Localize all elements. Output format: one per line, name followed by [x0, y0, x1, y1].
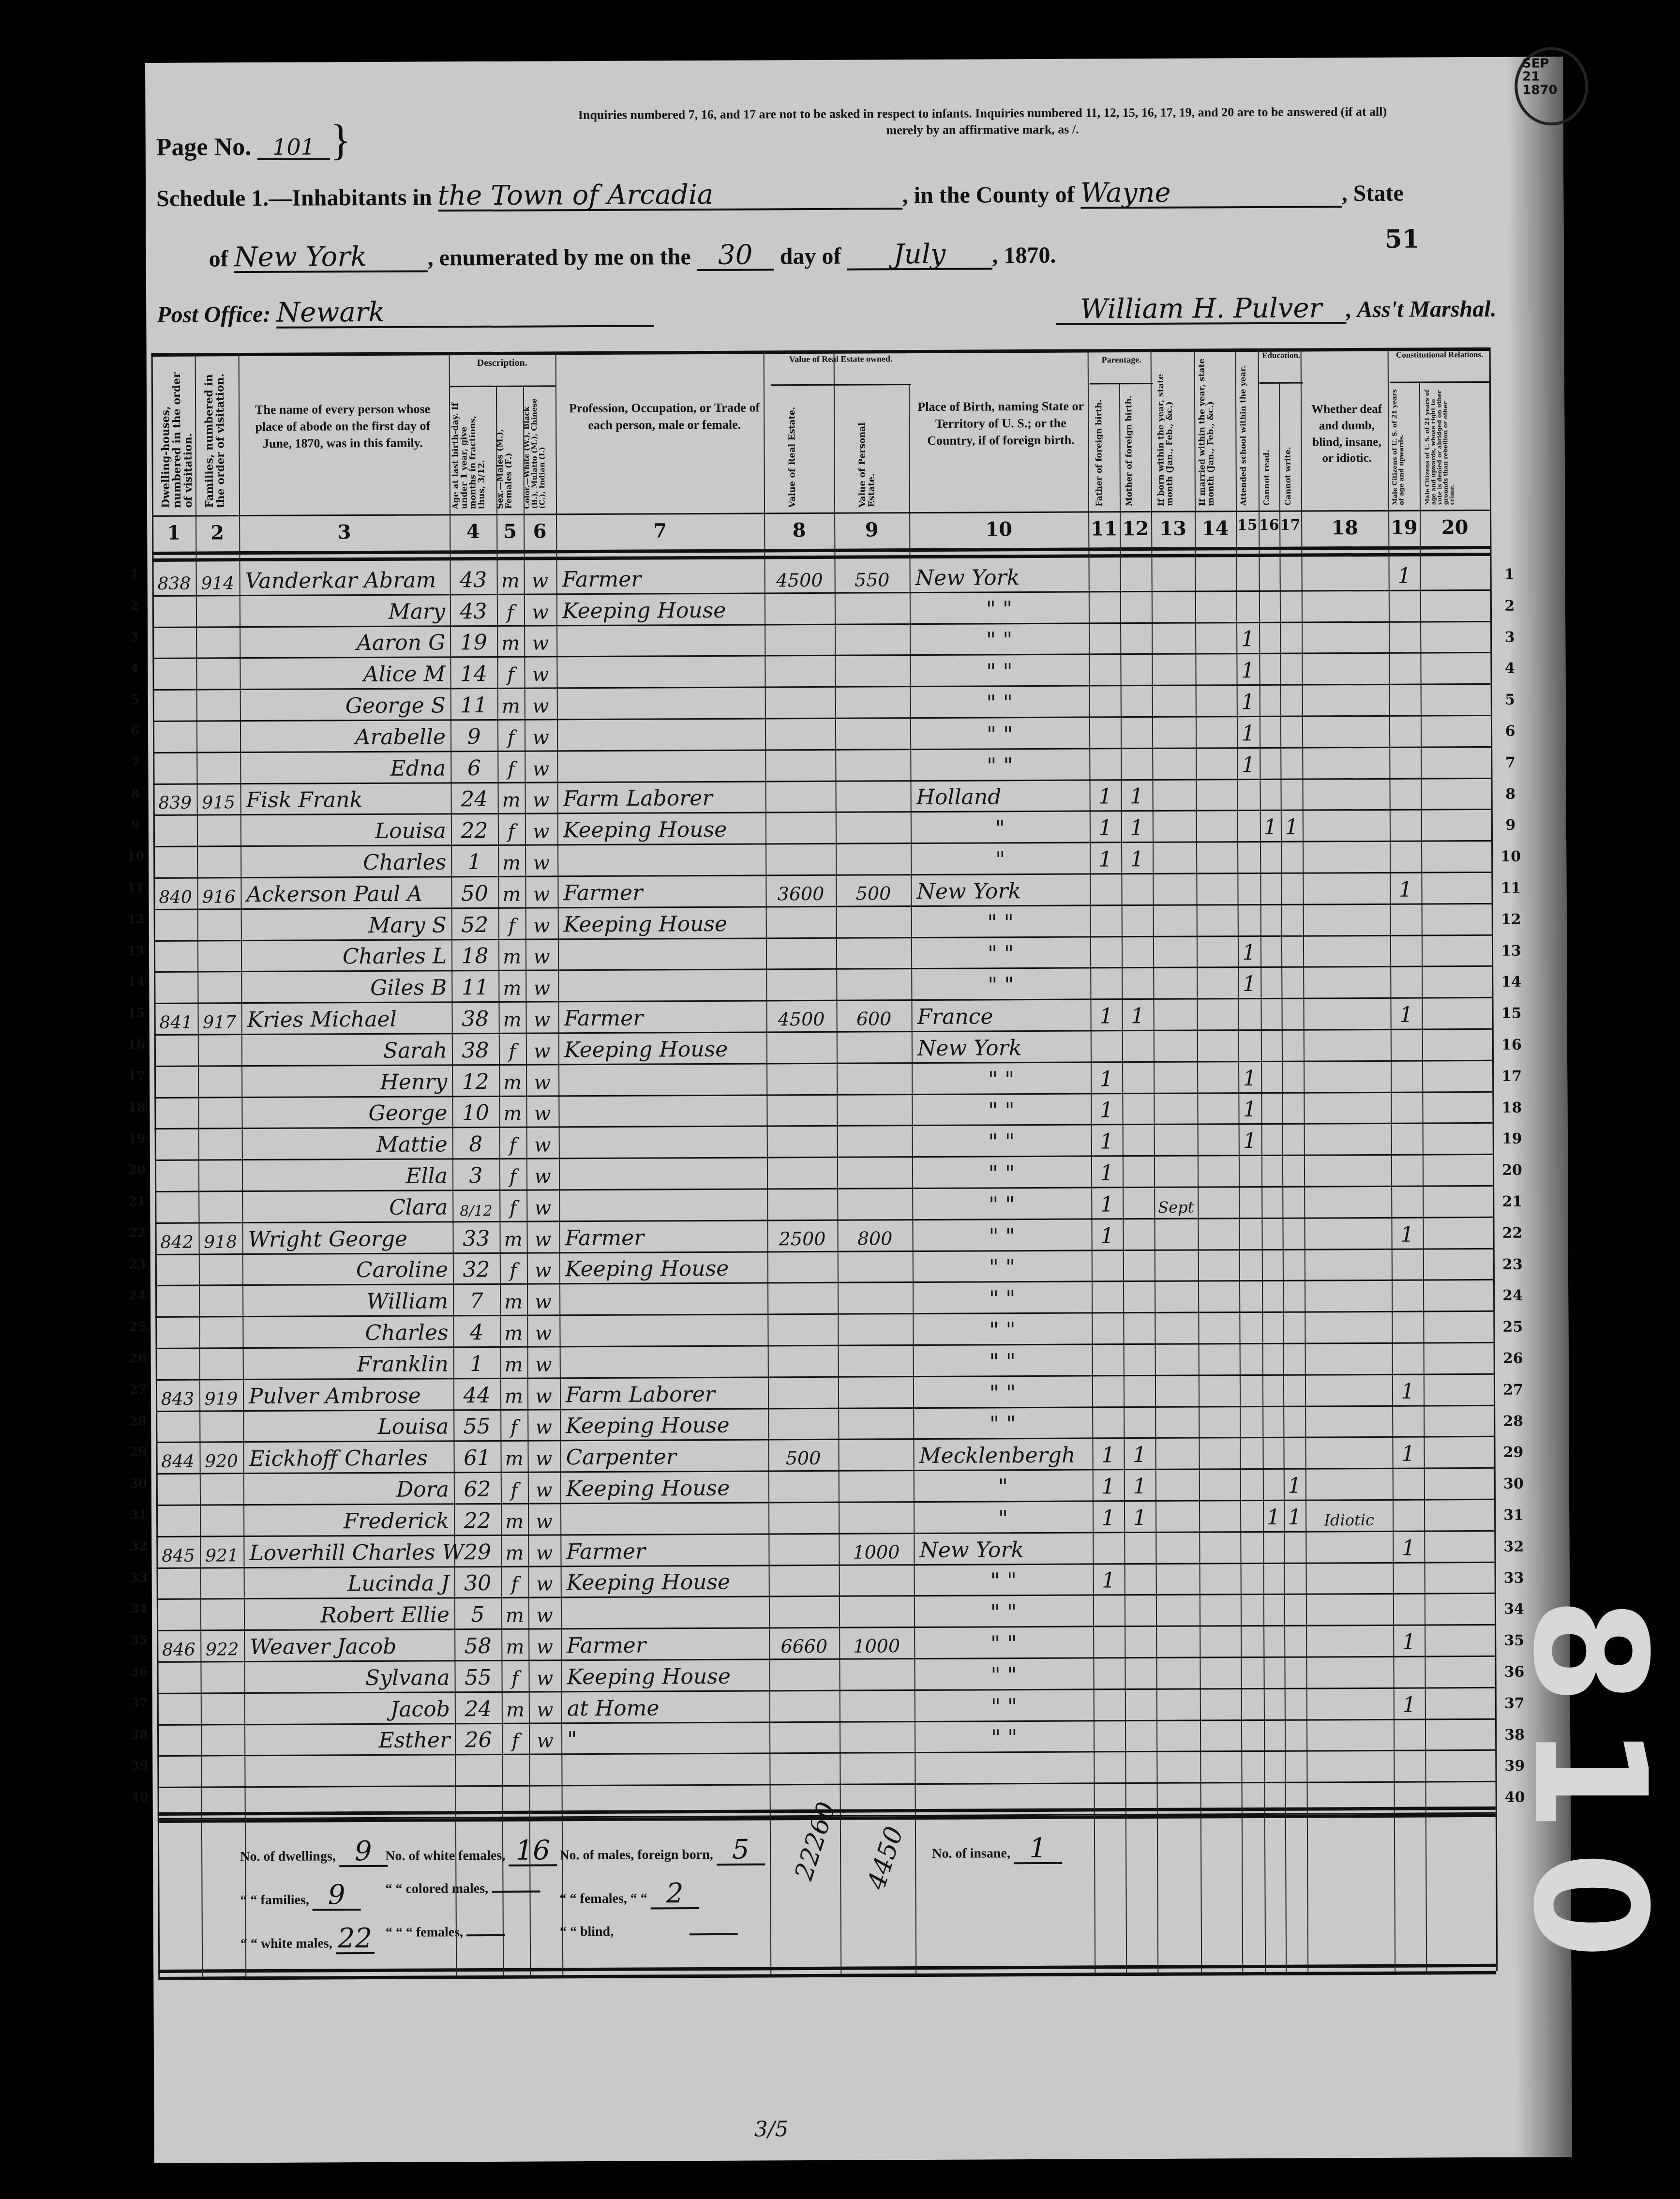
- cell-color: w: [525, 845, 557, 877]
- cell-sex: f: [500, 1410, 527, 1442]
- cell-born-month: [1153, 843, 1196, 874]
- cell-sex: m: [500, 1348, 527, 1379]
- footer-note: 3/5: [754, 2117, 789, 2141]
- cell-infirmity: [1303, 967, 1390, 999]
- table-row: Charles L18mw" "1: [154, 935, 1492, 973]
- cell-color: w: [525, 940, 558, 971]
- cell-dwelling: [154, 1036, 198, 1067]
- cell-color: w: [524, 626, 556, 658]
- line-number-left: 21: [120, 1194, 154, 1209]
- cell-dwelling: [156, 1475, 200, 1506]
- table-row: Giles B11mw" "1: [154, 967, 1492, 1004]
- cell-color: w: [528, 1661, 561, 1692]
- cell-school: [1238, 905, 1260, 937]
- cell-real-estate: [765, 813, 836, 844]
- table-row: [157, 1751, 1495, 1788]
- cell-personal-estate: [837, 1126, 912, 1158]
- table-row: 844920Eickhoff Charles61mwCarpenter500Me…: [156, 1437, 1494, 1475]
- marshal-name-field: William H. Pulver: [1056, 295, 1346, 325]
- cell-father-foreign: [1094, 1721, 1125, 1753]
- cell-cannot-write: [1283, 1375, 1305, 1407]
- cell-infirmity: [1306, 1657, 1393, 1689]
- cell-age: 5: [454, 1598, 501, 1630]
- cell-school: [1239, 1219, 1261, 1250]
- cell-dwelling: 839: [153, 784, 197, 816]
- cell-name: Vanderkar Abram: [240, 564, 450, 596]
- cell-personal-estate: 550: [835, 562, 910, 593]
- schedule-line: Schedule 1.—Inhabitants in the Town of A…: [156, 179, 1404, 213]
- cell-occupation: Keeping House: [557, 813, 765, 846]
- table-row: Charles4mw" ": [155, 1312, 1493, 1349]
- cell-mother-foreign: [1122, 1063, 1154, 1094]
- cell-citizen: [1393, 1469, 1424, 1501]
- cell-real-estate: [767, 1158, 837, 1190]
- cell-mother-foreign: 1: [1121, 843, 1153, 874]
- cell-infirmity: [1305, 1281, 1392, 1313]
- line-number-left: 26: [121, 1351, 155, 1366]
- cell-color: w: [528, 1567, 561, 1598]
- summary-white-females: No. of white females, 16: [385, 1837, 557, 1867]
- table-row: Robert Ellie5mw" ": [157, 1594, 1495, 1631]
- cell-father-foreign: [1094, 1753, 1125, 1784]
- cell-married-month: [1195, 560, 1236, 592]
- cell-born-month: [1154, 1062, 1197, 1094]
- inhabitants-in-field: the Town of Arcadia: [438, 181, 902, 211]
- cell-dwelling: [156, 1412, 199, 1443]
- line-number-left: 16: [120, 1038, 153, 1052]
- cell-denied: [1422, 1061, 1492, 1093]
- column-number-16: 16: [1259, 517, 1279, 534]
- cell-infirmity: [1307, 1783, 1394, 1815]
- table-row: Caroline32fwKeeping House" ": [155, 1249, 1493, 1286]
- cell-school: 1: [1237, 749, 1260, 780]
- cell-sex: [502, 1755, 529, 1787]
- cell-cannot-write: [1280, 654, 1302, 686]
- cell-citizen: [1393, 1500, 1424, 1532]
- cell-age: 43: [450, 564, 497, 595]
- cell-born-month: [1152, 655, 1195, 686]
- cell-occupation: Keeping House: [558, 907, 766, 940]
- census-table: Description. Value of Real Estate owned.…: [151, 347, 1497, 2076]
- cell-sex: f: [497, 721, 525, 752]
- cell-birthplace: " ": [913, 1282, 1092, 1314]
- cell-cannot-write: [1280, 591, 1302, 623]
- description-group-header: Description.: [449, 356, 555, 370]
- cell-born-month: [1155, 1282, 1198, 1313]
- cell-born-month: [1155, 1376, 1199, 1407]
- cell-birthplace: " ": [911, 969, 1090, 1001]
- cell-school: 1: [1238, 937, 1260, 968]
- cell-cannot-write: [1281, 936, 1303, 968]
- cell-real-estate: [765, 844, 836, 876]
- cell-cannot-write: [1282, 1062, 1304, 1093]
- cell-name: Clara: [242, 1191, 452, 1223]
- cell-sex: m: [500, 1379, 527, 1410]
- cell-denied: [1422, 967, 1492, 998]
- cell-citizen: [1390, 936, 1422, 967]
- education-group-header: Education.: [1260, 351, 1303, 361]
- cell-age: 1: [451, 846, 498, 877]
- cell-age: 52: [451, 909, 498, 940]
- cell-cannot-read: [1261, 1188, 1282, 1219]
- cell-father-foreign: 1: [1091, 1188, 1123, 1220]
- cell-school: [1239, 1250, 1262, 1282]
- line-number-right: 13: [1494, 942, 1528, 959]
- cell-occupation: Carpenter: [560, 1441, 768, 1473]
- cell-born-month: [1156, 1752, 1200, 1784]
- cell-school: [1241, 1689, 1264, 1721]
- cell-infirmity: [1304, 1187, 1391, 1219]
- cell-name: Franklin: [243, 1348, 453, 1380]
- stamp-year: 1870: [1522, 84, 1557, 97]
- cell-age: 32: [453, 1253, 500, 1285]
- column-number-9: 9: [834, 518, 909, 542]
- cell-occupation: [558, 970, 766, 1003]
- cell-sex: m: [499, 1222, 526, 1253]
- cell-cannot-read: [1261, 1093, 1282, 1125]
- column-number-17: 17: [1279, 517, 1301, 534]
- census-form-sheet: Page No. 101} Inquiries numbered 7, 16, …: [145, 57, 1572, 2163]
- cell-born-month: [1155, 1345, 1199, 1376]
- cell-citizen: [1391, 1156, 1423, 1187]
- line-number-right: 30: [1497, 1476, 1530, 1492]
- cell-denied: [1421, 685, 1491, 716]
- cell-cannot-write: [1283, 1407, 1305, 1438]
- cell-cannot-write: [1280, 780, 1302, 811]
- cell-cannot-write: [1280, 686, 1302, 717]
- cell-sex: f: [501, 1567, 528, 1598]
- table-row: 841917Kries Michael38mwFarmer4500600Fran…: [154, 998, 1492, 1036]
- cell-dwelling: [154, 941, 197, 973]
- column-number-11: 11: [1088, 517, 1120, 540]
- cell-occupation: Keeping House: [561, 1660, 769, 1692]
- cell-dwelling: [155, 1130, 198, 1161]
- cell-infirmity: [1305, 1375, 1392, 1407]
- cell-cannot-read: [1260, 999, 1281, 1031]
- cell-mother-foreign: [1125, 1627, 1156, 1658]
- cell-personal-estate: [837, 1189, 912, 1220]
- cell-name: Jacob: [244, 1693, 455, 1725]
- cell-cannot-write: [1285, 1752, 1306, 1783]
- cell-cannot-write: [1281, 874, 1303, 905]
- cell-age: [455, 1787, 502, 1818]
- cell-citizen: 1: [1390, 874, 1421, 905]
- cell-age: 18: [451, 940, 498, 971]
- cell-denied: [1425, 1626, 1495, 1657]
- cell-color: w: [526, 1159, 559, 1190]
- colored-females-label: “ “ “ females,: [386, 1925, 463, 1940]
- line-number-left: 34: [122, 1602, 156, 1616]
- column-number-14: 14: [1195, 517, 1236, 540]
- cell-married-month: [1195, 592, 1236, 623]
- cell-cannot-write: [1280, 748, 1302, 780]
- cell-personal-estate: [838, 1409, 913, 1440]
- cell-occupation: [558, 1064, 766, 1097]
- column-number-5: 5: [496, 520, 524, 543]
- cell-personal-estate: [838, 1252, 913, 1283]
- cell-born-month: [1156, 1658, 1200, 1690]
- cell-father-foreign: 1: [1093, 1470, 1124, 1502]
- cell-infirmity: [1305, 1250, 1392, 1281]
- table-row: 845921Loverhill Charles W29mwFarmer1000N…: [156, 1532, 1494, 1569]
- col6-header: Color.—White (W.), Black (B.), Mulatto (…: [523, 390, 554, 509]
- cell-father-foreign: 1: [1091, 1126, 1123, 1157]
- cell-dwelling: 844: [156, 1443, 199, 1475]
- cell-family: [196, 596, 240, 628]
- cell-personal-estate: [838, 1283, 913, 1314]
- cell-citizen: 1: [1393, 1532, 1424, 1563]
- cell-dwelling: [157, 1568, 200, 1600]
- column-number-18: 18: [1301, 516, 1388, 540]
- cell-cannot-write: [1280, 717, 1302, 749]
- line-number-right: 17: [1495, 1068, 1529, 1084]
- cell-occupation: Keeping House: [556, 594, 765, 626]
- table-row: Aaron G19mw" "1: [152, 622, 1490, 659]
- cell-born-month: [1153, 905, 1197, 937]
- cell-cannot-read: [1262, 1407, 1283, 1438]
- cell-dwelling: [154, 910, 197, 941]
- cell-infirmity: [1302, 685, 1389, 717]
- cell-birthplace: " ": [911, 937, 1090, 969]
- line-number-right: 1: [1493, 566, 1527, 583]
- cell-infirmity: [1306, 1563, 1393, 1595]
- cell-real-estate: [768, 1503, 839, 1535]
- cell-infirmity: [1306, 1626, 1393, 1658]
- table-row: Sarah38fwKeeping HouseNew York: [154, 1030, 1492, 1067]
- cell-infirmity: [1304, 1156, 1391, 1188]
- cell-name: Louisa: [240, 815, 451, 847]
- page-label: Page No. 101}: [156, 115, 351, 166]
- cell-family: [198, 1067, 241, 1098]
- cell-citizen: [1389, 779, 1421, 811]
- cell-school: 1: [1238, 968, 1260, 999]
- cell-cannot-read: [1260, 936, 1281, 968]
- cell-citizen: [1394, 1783, 1425, 1814]
- cell-color: w: [525, 752, 557, 783]
- cell-denied: [1425, 1688, 1495, 1720]
- cell-infirmity: [1302, 622, 1389, 654]
- cell-birthplace: " ": [915, 1721, 1094, 1753]
- table-row: 839915Fisk Frank24mwFarm LaborerHolland1…: [153, 779, 1491, 816]
- cell-cannot-read: [1259, 592, 1280, 623]
- cell-citizen: [1392, 1343, 1424, 1375]
- cell-sex: m: [498, 783, 525, 814]
- cell-family: [199, 1255, 242, 1286]
- column-number-10: 10: [909, 518, 1088, 542]
- cell-family: [196, 659, 240, 691]
- cell-citizen: [1389, 685, 1421, 717]
- cell-family: [196, 690, 240, 722]
- cell-occupation: ": [561, 1723, 769, 1755]
- col8-header: Value of Real Estate.: [788, 392, 808, 508]
- cell-sex: f: [498, 814, 525, 846]
- instructions: Inquiries numbered 7, 16, and 17 are not…: [416, 103, 1548, 140]
- cell-born-month: [1155, 1470, 1199, 1502]
- cell-citizen: 1: [1389, 560, 1420, 591]
- cell-mother-foreign: [1123, 1251, 1155, 1282]
- cell-sex: m: [498, 846, 525, 877]
- page-number: 101: [257, 136, 330, 160]
- summary-families: “ “ families, 9: [240, 1882, 361, 1911]
- cell-occupation: [556, 625, 765, 658]
- cell-birthplace: " ": [914, 1658, 1093, 1690]
- cell-born-month: [1155, 1313, 1198, 1345]
- cell-age: 61: [453, 1442, 500, 1473]
- cell-cannot-write: [1283, 1313, 1305, 1344]
- line-number-left: 7: [118, 755, 152, 770]
- cell-married-month: [1200, 1721, 1241, 1752]
- line-number-right: 9: [1494, 817, 1528, 834]
- cell-cannot-write: [1284, 1627, 1306, 1658]
- cell-birthplace: " ": [913, 1345, 1092, 1377]
- cell-personal-estate: [837, 1158, 912, 1189]
- cell-infirmity: [1303, 936, 1390, 968]
- insane-label: No. of insane,: [932, 1846, 1010, 1861]
- cell-name: [244, 1756, 455, 1788]
- line-number-left: 28: [121, 1414, 155, 1429]
- cell-birthplace: " ": [910, 687, 1089, 719]
- cell-father-foreign: 1: [1093, 1502, 1124, 1533]
- cell-sex: m: [497, 626, 524, 658]
- cell-family: 920: [199, 1443, 243, 1475]
- cell-father-foreign: [1092, 1408, 1124, 1439]
- column-number-13: 13: [1151, 517, 1195, 540]
- cell-infirmity: [1306, 1751, 1394, 1783]
- cell-married-month: [1198, 1313, 1239, 1344]
- cell-personal-estate: [838, 1440, 913, 1471]
- cell-infirmity: [1302, 779, 1389, 811]
- cell-school: 1: [1237, 717, 1260, 749]
- cell-cannot-read: [1260, 717, 1280, 749]
- cell-name: Aaron G: [240, 627, 450, 659]
- cell-married-month: [1200, 1564, 1241, 1596]
- cell-mother-foreign: [1121, 718, 1152, 749]
- cell-color: w: [527, 1285, 559, 1316]
- cell-real-estate: 6660: [769, 1628, 839, 1660]
- cell-married-month: [1200, 1627, 1241, 1658]
- cell-married-month: [1198, 1282, 1239, 1313]
- colored-males-value: [492, 1890, 540, 1892]
- line-number-right: 8: [1494, 785, 1528, 802]
- cell-cannot-read: [1260, 749, 1280, 780]
- summary-dwellings: No. of dwellings, 9: [240, 1838, 388, 1868]
- cell-occupation: [560, 1503, 768, 1536]
- cell-age: 38: [452, 1034, 499, 1066]
- cell-married-month: [1198, 1219, 1239, 1250]
- cell-real-estate: [767, 1252, 838, 1283]
- line-number-left: 32: [121, 1539, 155, 1554]
- cell-sex: m: [501, 1536, 528, 1567]
- cell-citizen: [1391, 1187, 1423, 1219]
- cell-married-month: [1197, 968, 1238, 1000]
- cell-occupation: [559, 1127, 767, 1160]
- cell-family: [197, 941, 241, 973]
- cell-real-estate: [766, 970, 836, 1001]
- cell-citizen: [1391, 1061, 1422, 1093]
- cell-father-foreign: [1093, 1627, 1125, 1658]
- cell-color: w: [526, 1097, 558, 1128]
- cell-family: [196, 628, 240, 659]
- cell-citizen: 1: [1393, 1626, 1425, 1657]
- cell-denied: [1423, 1218, 1493, 1250]
- cell-birthplace: Mecklenbergh: [913, 1439, 1092, 1471]
- cell-father-foreign: [1089, 718, 1121, 749]
- column-number-8: 8: [764, 519, 834, 542]
- cell-born-month: [1153, 874, 1196, 906]
- cell-married-month: [1200, 1689, 1241, 1721]
- cell-cannot-read: [1261, 1125, 1282, 1156]
- cell-real-estate: [767, 1315, 838, 1346]
- cell-cannot-read: [1259, 560, 1280, 592]
- cell-birthplace: " ": [912, 1220, 1091, 1251]
- cell-family: [197, 816, 240, 847]
- cell-color: w: [527, 1347, 560, 1379]
- line-number-left: 25: [120, 1320, 154, 1334]
- summary-foreign-males: No. of males, foreign born, 5: [559, 1836, 765, 1866]
- cell-school: 1: [1236, 623, 1259, 655]
- cell-cannot-read: [1264, 1752, 1285, 1783]
- cell-color: w: [527, 1379, 560, 1410]
- cell-occupation: [562, 1786, 770, 1818]
- cell-personal-estate: [835, 719, 910, 750]
- cell-occupation: [561, 1754, 769, 1787]
- cell-married-month: [1199, 1439, 1240, 1470]
- cell-age: 19: [450, 626, 497, 658]
- cell-personal-estate: [839, 1503, 914, 1534]
- col4-header: Age at last birth-day. If under 1 year, …: [451, 391, 491, 509]
- cell-personal-estate: [840, 1753, 915, 1785]
- cell-school: [1236, 560, 1259, 592]
- cell-mother-foreign: [1120, 624, 1152, 655]
- cell-age: 11: [450, 689, 497, 721]
- cell-color: w: [525, 814, 557, 846]
- cell-married-month: [1199, 1376, 1240, 1407]
- col19-header: Male Citizens of U. S. of 21 years of ag…: [1392, 387, 1421, 505]
- cell-cannot-write: [1283, 1344, 1305, 1376]
- cell-birthplace: New York: [912, 1031, 1091, 1063]
- cell-family: [201, 1725, 244, 1757]
- cell-real-estate: [765, 625, 835, 656]
- cell-married-month: [1198, 1156, 1239, 1188]
- cell-sex: f: [501, 1473, 528, 1505]
- day-of-label: day of: [780, 243, 841, 270]
- cell-dwelling: [157, 1663, 200, 1694]
- cell-father-foreign: [1093, 1658, 1125, 1690]
- blind-label: “ “ blind,: [560, 1924, 614, 1939]
- cell-real-estate: [768, 1472, 839, 1503]
- cell-cannot-write: [1283, 1281, 1305, 1313]
- cell-real-estate: [769, 1566, 839, 1597]
- cell-real-estate: [765, 751, 835, 782]
- cell-cannot-write: [1282, 1156, 1304, 1188]
- cell-father-foreign: [1092, 1313, 1123, 1345]
- table-row: Henry12mw" "11: [154, 1061, 1492, 1099]
- cell-personal-estate: [836, 907, 911, 938]
- table-row: 842918Wright George33mwFarmer2500800" "1…: [155, 1218, 1493, 1255]
- cell-dwelling: 845: [156, 1537, 200, 1568]
- cell-family: [201, 1757, 244, 1788]
- cell-age: 44: [453, 1379, 500, 1411]
- col12-header: Mother of foreign birth.: [1125, 390, 1147, 506]
- cell-real-estate: [766, 938, 836, 970]
- cell-age: 14: [450, 658, 497, 689]
- cell-name: Arabelle: [240, 721, 450, 753]
- cell-dwelling: [155, 1286, 199, 1318]
- cell-real-estate: [768, 1378, 838, 1409]
- cell-married-month: [1197, 1094, 1238, 1125]
- col10-header: Place of Birth, naming State or Territor…: [916, 398, 1085, 450]
- cell-name: Lucinda J: [244, 1567, 454, 1600]
